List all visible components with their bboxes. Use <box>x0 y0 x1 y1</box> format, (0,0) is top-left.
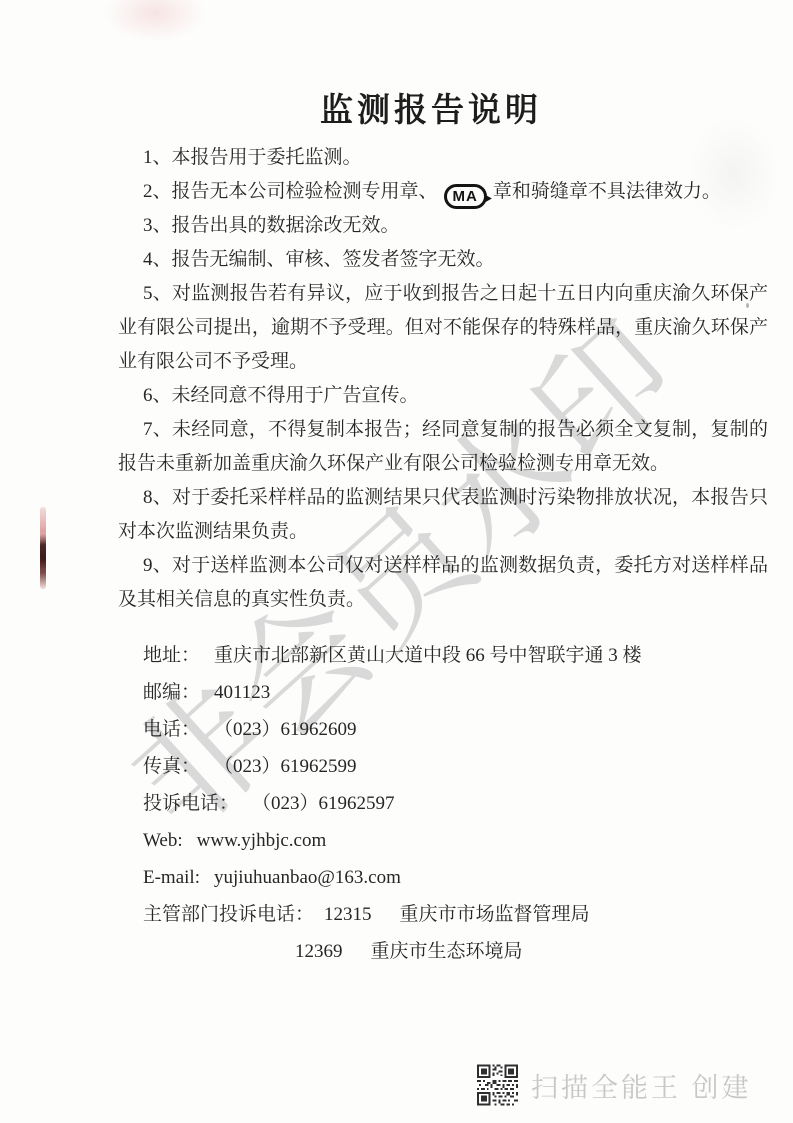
contact-row-complaint-phone: 投诉电话： （023）61962597 <box>143 785 763 822</box>
note-3: 3、报告出具的数据涂改无效。 <box>118 209 768 243</box>
scan-smudge <box>100 0 210 44</box>
page-title: 监测报告说明 <box>120 84 742 131</box>
note-2-after: 章和骑缝章不具法律效力。 <box>493 181 721 202</box>
cma-accreditation-icon: MA <box>444 184 487 209</box>
contact-row-fax: 传真： （023）61962599 <box>143 748 763 785</box>
web-url: www.yjhbjc.com <box>197 822 327 859</box>
supervisor-number-12369: 12369 <box>295 933 343 970</box>
address-label: 地址： <box>143 637 200 674</box>
supervisor-number-12315: 12315 <box>324 896 372 933</box>
phone-label: 电话： <box>143 711 200 748</box>
camscanner-footer: 扫描全能王 创建 <box>477 1063 752 1107</box>
contact-row-web: Web: www.yjhbjc.com <box>143 822 763 859</box>
contact-row-email: E-mail: yujiuhuanbao@163.com <box>143 859 763 896</box>
fax-label: 传真： <box>143 748 200 785</box>
contact-row-address: 地址： 重庆市北部新区黄山大道中段 66 号中智联宇通 3 楼 <box>143 637 763 674</box>
contact-row-postcode: 邮编： 401123 <box>143 674 763 711</box>
supervisor-label: 主管部门投诉电话： <box>143 896 314 933</box>
email-label: E-mail: <box>143 859 200 896</box>
address-value: 重庆市北部新区黄山大道中段 66 号中智联宇通 3 楼 <box>214 637 642 674</box>
note-4: 4、报告无编制、审核、签发者签字无效。 <box>118 243 768 277</box>
email-value: yujiuhuanbao@163.com <box>214 859 401 896</box>
red-ink-streak <box>40 507 46 589</box>
supervisor-complaint-row-1: 主管部门投诉电话： 12315 重庆市市场监督管理局 <box>143 896 763 933</box>
complaint-phone-label: 投诉电话： <box>143 785 238 822</box>
notes-list: 1、本报告用于委托监测。 2、报告无本公司检验检测专用章、MA章和骑缝章不具法律… <box>118 141 768 617</box>
note-5: 5、对监测报告若有异议，应于收到报告之日起十五日内向重庆渝久环保产业有限公司提出… <box>118 277 768 379</box>
supervisor-agency-ecology: 重庆市生态环境局 <box>371 933 523 970</box>
contact-row-phone: 电话： （023）61962609 <box>143 711 763 748</box>
contact-info: 地址： 重庆市北部新区黄山大道中段 66 号中智联宇通 3 楼 邮编： 4011… <box>143 637 763 970</box>
note-2-before: 2、报告无本公司检验检测专用章、 <box>143 181 438 202</box>
postcode-label: 邮编： <box>143 674 200 711</box>
note-1: 1、本报告用于委托监测。 <box>118 141 768 175</box>
phone-value: （023）61962609 <box>214 711 357 748</box>
supervisor-agency-market: 重庆市市场监督管理局 <box>400 896 590 933</box>
fax-value: （023）61962599 <box>214 748 357 785</box>
note-8: 8、对于委托采样样品的监测结果只代表监测时污染物排放状况，本报告只对本次监测结果… <box>118 481 768 549</box>
scanned-document-page: 非会员水印 监测报告说明 1、本报告用于委托监测。 2、报告无本公司检验检测专用… <box>0 0 793 1123</box>
note-2: 2、报告无本公司检验检测专用章、MA章和骑缝章不具法律效力。 <box>118 175 768 209</box>
note-6: 6、未经同意不得用于广告宣传。 <box>118 379 768 413</box>
supervisor-complaint-row-2: 12369 重庆市生态环境局 <box>295 933 763 970</box>
note-7: 7、未经同意，不得复制本报告；经同意复制的报告必须全文复制，复制的报告未重新加盖… <box>118 413 768 481</box>
complaint-phone-value: （023）61962597 <box>252 785 395 822</box>
camscanner-created-label: 扫描全能王 创建 <box>531 1066 752 1105</box>
qr-code-icon <box>477 1063 518 1107</box>
web-label: Web: <box>143 822 183 859</box>
postcode-value: 401123 <box>214 674 270 711</box>
note-9: 9、对于送样监测本公司仅对送样样品的监测数据负责，委托方对送样样品及其相关信息的… <box>118 549 768 617</box>
